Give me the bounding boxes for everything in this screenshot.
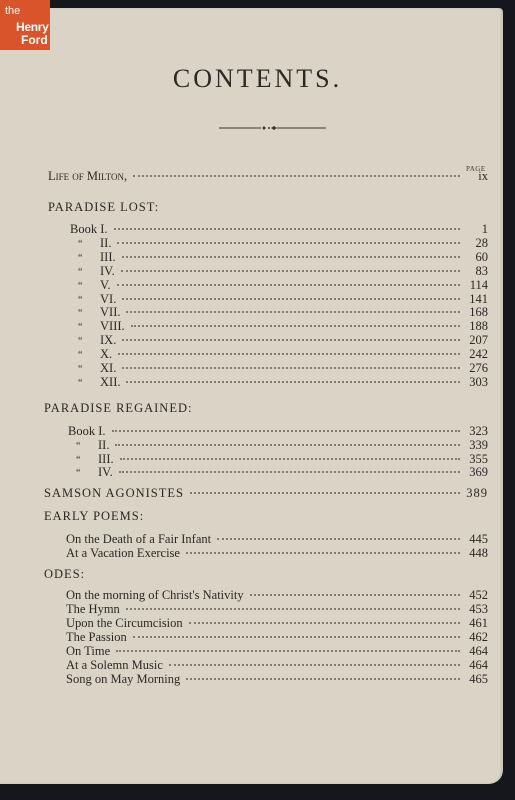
entry-page: 461 — [466, 616, 488, 630]
entry-label: Book I. — [68, 424, 106, 438]
entry-label: Song on May Morning — [66, 672, 180, 686]
logo-the: the — [5, 5, 20, 17]
toc-entry[interactable]: On Time464 — [66, 644, 488, 658]
toc-entry[interactable]: “XI.276 — [78, 361, 488, 375]
entry-page: 168 — [466, 305, 488, 319]
leader-dots — [186, 552, 460, 554]
toc-entry[interactable]: “XII.303 — [78, 375, 488, 389]
entry-text: At a Solemn Music — [66, 658, 163, 672]
entry-page: 369 — [466, 465, 488, 479]
leader-dots — [117, 242, 460, 244]
entry-page: ix — [466, 169, 488, 183]
leader-dots — [190, 492, 460, 494]
leader-dots — [114, 228, 461, 230]
entry-page: 141 — [466, 292, 488, 306]
leader-dots — [126, 311, 460, 313]
ditto-mark: “ — [78, 377, 100, 391]
entry-page: 462 — [466, 630, 488, 644]
entry-page: 323 — [466, 424, 488, 438]
entry-text: On the Death of a Fair Infant — [66, 532, 211, 546]
toc-entry[interactable]: “II.339 — [76, 438, 488, 452]
leader-dots — [133, 175, 460, 177]
entry-text: VII. — [100, 305, 120, 319]
entry-text: IX. — [100, 333, 116, 347]
logo-ford: Ford — [21, 33, 48, 47]
leader-dots — [126, 381, 460, 383]
entry-page: 114 — [466, 278, 488, 292]
toc-entry[interactable]: At a Solemn Music464 — [66, 658, 488, 672]
leader-dots — [116, 650, 460, 652]
entry-label: At a Vacation Exercise — [66, 546, 180, 560]
leader-dots — [169, 664, 460, 666]
leader-dots — [217, 538, 460, 540]
leader-dots — [118, 353, 460, 355]
toc-entry[interactable]: Book I.323 — [68, 424, 488, 438]
toc-entry[interactable]: “IV.369 — [76, 465, 488, 479]
entry-text: II. — [100, 236, 111, 250]
leader-dots — [131, 325, 460, 327]
leader-dots — [122, 339, 460, 341]
entry-text: IV. — [100, 264, 115, 278]
entry-page: 339 — [466, 438, 488, 452]
leader-dots — [126, 608, 460, 610]
entry-page: 448 — [466, 546, 488, 560]
henry-ford-logo: the Henry Ford — [0, 0, 50, 50]
entry-page: 303 — [466, 375, 488, 389]
entry-text: V. — [100, 278, 111, 292]
entry-page: 464 — [466, 658, 488, 672]
section-heading-paradise-regained: PARADISE REGAINED: — [44, 401, 192, 416]
toc-entry-samson-agonistes[interactable]: SAMSON AGONISTES 389 — [44, 486, 488, 500]
toc-entry[interactable]: “VI.141 — [78, 292, 488, 306]
entry-label: Book I. — [70, 222, 108, 236]
entry-label: Life of Milton, — [48, 169, 127, 183]
entry-page: 83 — [466, 264, 488, 278]
entry-page: 452 — [466, 588, 488, 602]
entry-page: 453 — [466, 602, 488, 616]
leader-dots — [122, 298, 460, 300]
entry-page: 60 — [466, 250, 488, 264]
entry-page: 445 — [466, 532, 488, 546]
entry-text: XII. — [100, 375, 120, 389]
entry-text: X. — [100, 347, 112, 361]
leader-dots — [121, 270, 460, 272]
entry-page: 276 — [466, 361, 488, 375]
leader-dots — [117, 284, 460, 286]
leader-dots — [112, 430, 461, 432]
leader-dots — [186, 678, 460, 680]
section-heading-early-poems: EARLY POEMS: — [44, 509, 144, 524]
toc-entry[interactable]: “III.355 — [76, 452, 488, 466]
entry-page: 465 — [466, 672, 488, 686]
toc-entry[interactable]: “III.60 — [78, 250, 488, 264]
entry-label: At a Solemn Music — [66, 658, 163, 672]
section-heading-odes: ODES: — [44, 567, 85, 582]
entry-text: III. — [100, 250, 116, 264]
leader-dots — [122, 256, 460, 258]
toc-entry[interactable]: On the morning of Christ's Nativity452 — [66, 588, 488, 602]
entry-text: III. — [98, 452, 114, 466]
toc-entry[interactable]: The Hymn453 — [66, 602, 488, 616]
entry-label: “XII. — [78, 375, 120, 391]
leader-dots — [122, 367, 460, 369]
leader-dots — [120, 458, 460, 460]
toc-entry-life-of-milton[interactable]: Life of Milton, ix — [48, 169, 488, 183]
entry-text: On Time — [66, 644, 110, 658]
toc-entry[interactable]: “IV.83 — [78, 264, 488, 278]
entry-text: VI. — [100, 292, 116, 306]
leader-dots — [119, 471, 460, 473]
toc-entry[interactable]: “X.242 — [78, 347, 488, 361]
ornament-divider-icon — [219, 125, 326, 131]
toc-entry[interactable]: At a Vacation Exercise448 — [66, 546, 488, 560]
entry-label: Upon the Circumcision — [66, 616, 183, 630]
toc-entry[interactable]: “IX.207 — [78, 333, 488, 347]
logo-henry: Henry — [16, 20, 49, 34]
entry-text: VIII. — [100, 319, 125, 333]
entry-label: On the morning of Christ's Nativity — [66, 588, 244, 602]
entry-page: 188 — [466, 319, 488, 333]
toc-entry[interactable]: “V.114 — [78, 278, 488, 292]
section-heading-paradise-lost: PARADISE LOST: — [48, 200, 159, 215]
leader-dots — [189, 622, 460, 624]
entry-label: The Passion — [66, 630, 127, 644]
ditto-mark: “ — [76, 467, 98, 481]
entry-text: Song on May Morning — [66, 672, 180, 686]
entry-text: Book I. — [68, 424, 106, 438]
entry-text: Book I. — [70, 222, 108, 236]
entry-label: SAMSON AGONISTES — [44, 486, 184, 500]
toc-entry[interactable]: “VIII.188 — [78, 319, 488, 333]
entry-label: On Time — [66, 644, 110, 658]
entry-page: 207 — [466, 333, 488, 347]
entry-label: On the Death of a Fair Infant — [66, 532, 211, 546]
entry-label: The Hymn — [66, 602, 120, 616]
entry-text: The Hymn — [66, 602, 120, 616]
entry-label: “IV. — [76, 465, 113, 481]
entry-page: 464 — [466, 644, 488, 658]
entry-page: 389 — [466, 486, 488, 500]
toc-entry[interactable]: On the Death of a Fair Infant445 — [66, 532, 488, 546]
page-title: CONTENTS. — [0, 64, 515, 94]
leader-dots — [115, 444, 460, 446]
toc-entry[interactable]: Upon the Circumcision461 — [66, 616, 488, 630]
toc-entry[interactable]: Song on May Morning465 — [66, 672, 488, 686]
toc-entry[interactable]: The Passion462 — [66, 630, 488, 644]
entry-page: 1 — [466, 222, 488, 236]
entry-text: II. — [98, 438, 109, 452]
entry-text: At a Vacation Exercise — [66, 546, 180, 560]
leader-dots — [133, 636, 460, 638]
toc-entry[interactable]: “II.28 — [78, 236, 488, 250]
entry-text: IV. — [98, 465, 113, 479]
entry-page: 242 — [466, 347, 488, 361]
toc-entry[interactable]: Book I.1 — [70, 222, 488, 236]
entry-page: 355 — [466, 452, 488, 466]
entry-page: 28 — [466, 236, 488, 250]
entry-text: XI. — [100, 361, 116, 375]
toc-entry[interactable]: “VII.168 — [78, 305, 488, 319]
entry-text: The Passion — [66, 630, 127, 644]
leader-dots — [250, 594, 460, 596]
entry-text: On the morning of Christ's Nativity — [66, 588, 244, 602]
entry-text: Upon the Circumcision — [66, 616, 183, 630]
